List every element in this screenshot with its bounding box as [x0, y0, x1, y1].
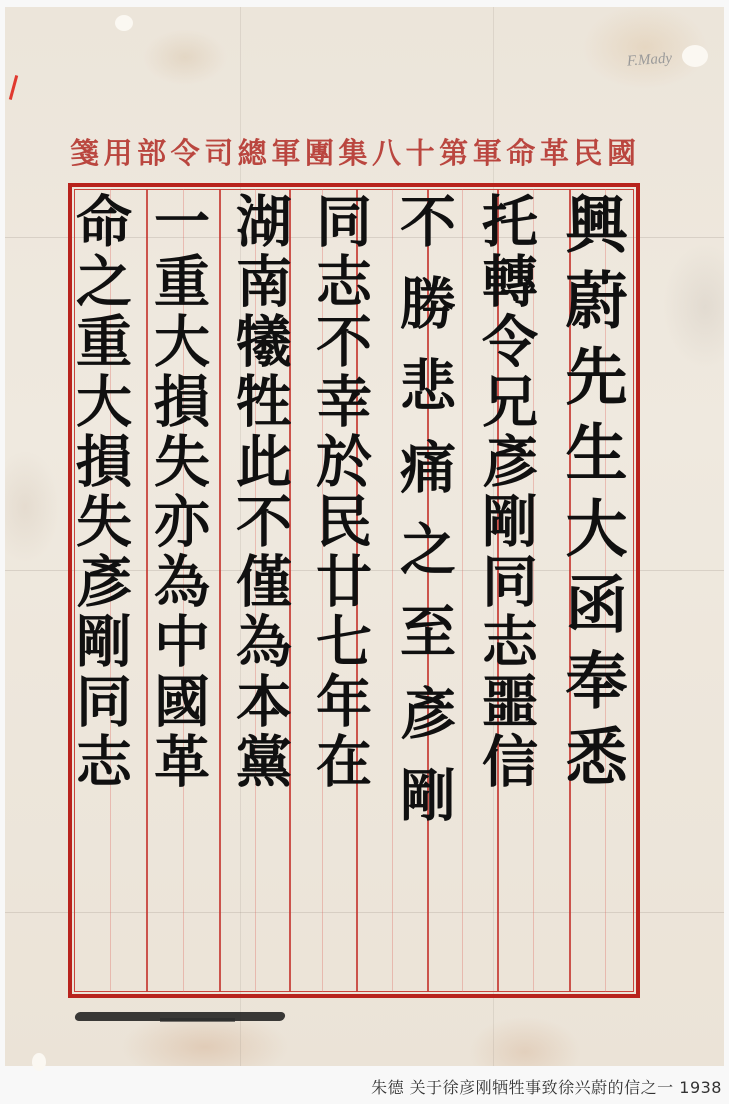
paper-damage	[32, 1053, 46, 1071]
letterhead-char: 命	[504, 131, 537, 172]
letterhead-char: 總	[236, 131, 269, 172]
letterhead-char: 軍	[269, 131, 302, 172]
letterhead-char: 令	[169, 131, 202, 172]
paper-damage	[115, 15, 133, 31]
letterhead-char: 用	[102, 131, 135, 172]
letterhead: 國 民 革 命 軍 第 十 八 集 團 軍 總 司 令 部 用 箋	[68, 131, 638, 171]
handwritten-column-3: 不勝悲痛之至彥剛	[396, 192, 452, 992]
paper-damage	[682, 45, 708, 67]
handwritten-column-2: 托轉令兄彥剛同志噩信	[478, 192, 534, 992]
column-rule	[219, 189, 221, 992]
handwritten-column-5: 湖南犧牲此不僅為本黨	[232, 192, 288, 992]
letterhead-char: 八	[370, 131, 403, 172]
letterhead-char: 箋	[68, 131, 101, 172]
pencil-annotation: F.Mady	[626, 50, 672, 70]
handwritten-column-7: 命之重大損失彥剛同志	[72, 192, 128, 992]
letterhead-char: 十	[404, 131, 437, 172]
handwritten-column-4: 同志不幸於民廿七年在	[312, 192, 368, 992]
handwritten-column-1: 興蔚先生大函奉悉	[560, 192, 622, 992]
handwritten-column-6: 一重大損失亦為中國革	[150, 192, 206, 992]
letterhead-char: 革	[538, 131, 571, 172]
letterhead-char: 集	[337, 131, 370, 172]
ink-brush-stroke	[160, 1018, 235, 1022]
letterhead-char: 國	[605, 131, 638, 172]
image-caption: 朱德 关于徐彦刚牺牲事致徐兴蔚的信之一 1938	[371, 1075, 722, 1098]
letterhead-char: 部	[135, 131, 168, 172]
letterhead-char: 司	[202, 131, 235, 172]
column-guide	[462, 189, 463, 992]
letterhead-char: 民	[571, 131, 604, 172]
letterhead-char: 軍	[471, 131, 504, 172]
letterhead-char: 第	[437, 131, 470, 172]
letterhead-char: 團	[303, 131, 336, 172]
